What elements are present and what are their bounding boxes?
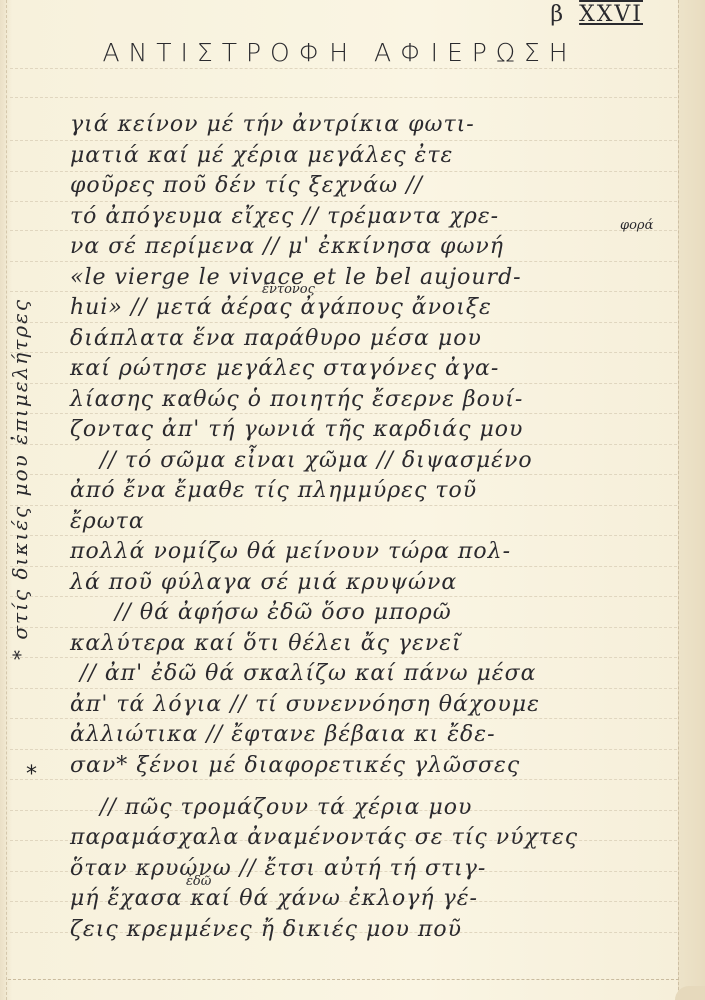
manuscript-line: φοῦρες ποῦ δέν τίς ξεχνάω // <box>70 173 423 198</box>
manuscript-line: ἔρωτα <box>70 509 145 534</box>
right-paper-edge <box>678 0 705 1000</box>
ruled-line <box>10 444 677 445</box>
interlinear-insertion: φορά <box>620 218 653 233</box>
manuscript-line: λίασης καθώς ὁ ποιητής ἔσερνε βουί- <box>70 387 523 412</box>
manuscript-line: // πῶς τρομάζουν τά χέρια μου <box>100 795 472 820</box>
ruled-line <box>10 352 677 353</box>
asterisk-mark: * <box>26 762 37 787</box>
ruled-line <box>10 322 677 323</box>
ruled-line <box>10 413 677 414</box>
interlinear-insertion: ἐδῶ <box>186 874 211 889</box>
manuscript-line: // ἀπ' ἐδῶ θά σκαλίζω καί πάνω μέσα <box>80 661 536 686</box>
manuscript-line: ματιά καί μέ χέρια μεγάλες ἐτε <box>70 143 453 168</box>
manuscript-line: διάπλατα ἕνα παράθυρο μέσα μου <box>70 326 482 351</box>
manuscript-line: τό ἀπόγευμα εἴχες // τρέμαντα χρε- <box>70 204 499 229</box>
manuscript-line: ὅταν κρυώνω // ἔτσι αὐτή τή στιγ- <box>70 856 486 881</box>
manuscript-line: σαν* ξένοι μέ διαφορετικές γλῶσσες <box>70 753 520 778</box>
interlinear-insertion: ἔντονος <box>262 282 315 297</box>
ruled-line <box>10 505 677 506</box>
manuscript-line: μή ἔχασα καί θά χάνω ἐκλογή γέ- <box>70 886 478 911</box>
ruled-line <box>10 535 677 536</box>
ruled-line <box>10 474 677 475</box>
ruled-line <box>10 596 677 597</box>
margin-note: * στίς δικιές μου ἐπιμελήτρες <box>8 298 32 660</box>
ruled-line <box>10 383 677 384</box>
ruled-line <box>10 261 677 262</box>
page-title: ΑΝΤΙΣΤΡΟΦΗ ΑΦΙΕΡΩΣΗ <box>0 38 679 67</box>
folio-number: βXXVI <box>550 2 643 27</box>
ruled-line <box>10 718 677 719</box>
manuscript-line: καί ρώτησε μεγάλες σταγόνες ἀγα- <box>70 356 499 381</box>
manuscript-line: hui» // μετά ἀέρας ἀγάπους ἄνοιξε <box>70 295 492 320</box>
ruled-line <box>10 657 677 658</box>
folio-letter: β <box>550 2 565 27</box>
ruled-line <box>10 97 677 98</box>
manuscript-line: ζοντας ἀπ' τή γωνιά τῆς καρδιάς μου <box>70 417 523 442</box>
ruled-line <box>10 779 677 780</box>
manuscript-line: ἀπό ἔνα ἔμαθε τίς πλημμύρες τοῦ <box>70 478 477 503</box>
ruled-line <box>10 68 677 69</box>
ruled-line <box>10 171 677 172</box>
ruled-line <box>10 291 677 292</box>
ruled-line <box>10 566 677 567</box>
manuscript-line: ἀλλιώτικα // ἔφτανε βέβαια κι ἔδε- <box>70 722 496 747</box>
manuscript-line: παραμάσχαλα ἀναμένοντάς σε τίς νύχτες <box>70 825 578 850</box>
ruled-line <box>10 749 677 750</box>
manuscript-line: ἀπ' τά λόγια // τί συνεννόηση θάχουμε <box>70 692 540 717</box>
ruled-line <box>10 688 677 689</box>
manuscript-line: ζεις κρεμμένες ἤ δικιές μου ποῦ <box>70 917 462 942</box>
manuscript-line: καλύτερα καί ὅτι θέλει ἄς γενεῖ <box>70 631 462 656</box>
manuscript-line: λά ποῦ φύλαγα σέ μιά κρυψώνα <box>70 570 457 595</box>
manuscript-line: πολλά νομίζω θά μείνουν τώρα πολ- <box>70 539 511 564</box>
ruled-line <box>10 627 677 628</box>
bottom-margin-rule <box>8 979 679 980</box>
manuscript-line: // τό σῶμα εἶναι χῶμα // διψασμένο <box>100 448 533 473</box>
manuscript-page: βXXVI ΑΝΤΙΣΤΡΟΦΗ ΑΦΙΕΡΩΣΗ γιά κείνον μέ … <box>0 0 705 1000</box>
manuscript-line: // θά ἀφήσω ἐδῶ ὅσο μπορῶ <box>115 600 452 625</box>
manuscript-line: γιά κείνον μέ τήν ἀντρίκια φωτι- <box>70 112 475 137</box>
ruled-line <box>10 140 677 141</box>
torn-corner <box>675 986 705 1000</box>
ruled-line <box>10 230 677 231</box>
folio-roman-numeral: XXVI <box>579 2 643 27</box>
manuscript-line: να σέ περίμενα // μ' ἐκκίνησα φωνή <box>70 234 504 259</box>
ruled-line <box>10 201 677 202</box>
